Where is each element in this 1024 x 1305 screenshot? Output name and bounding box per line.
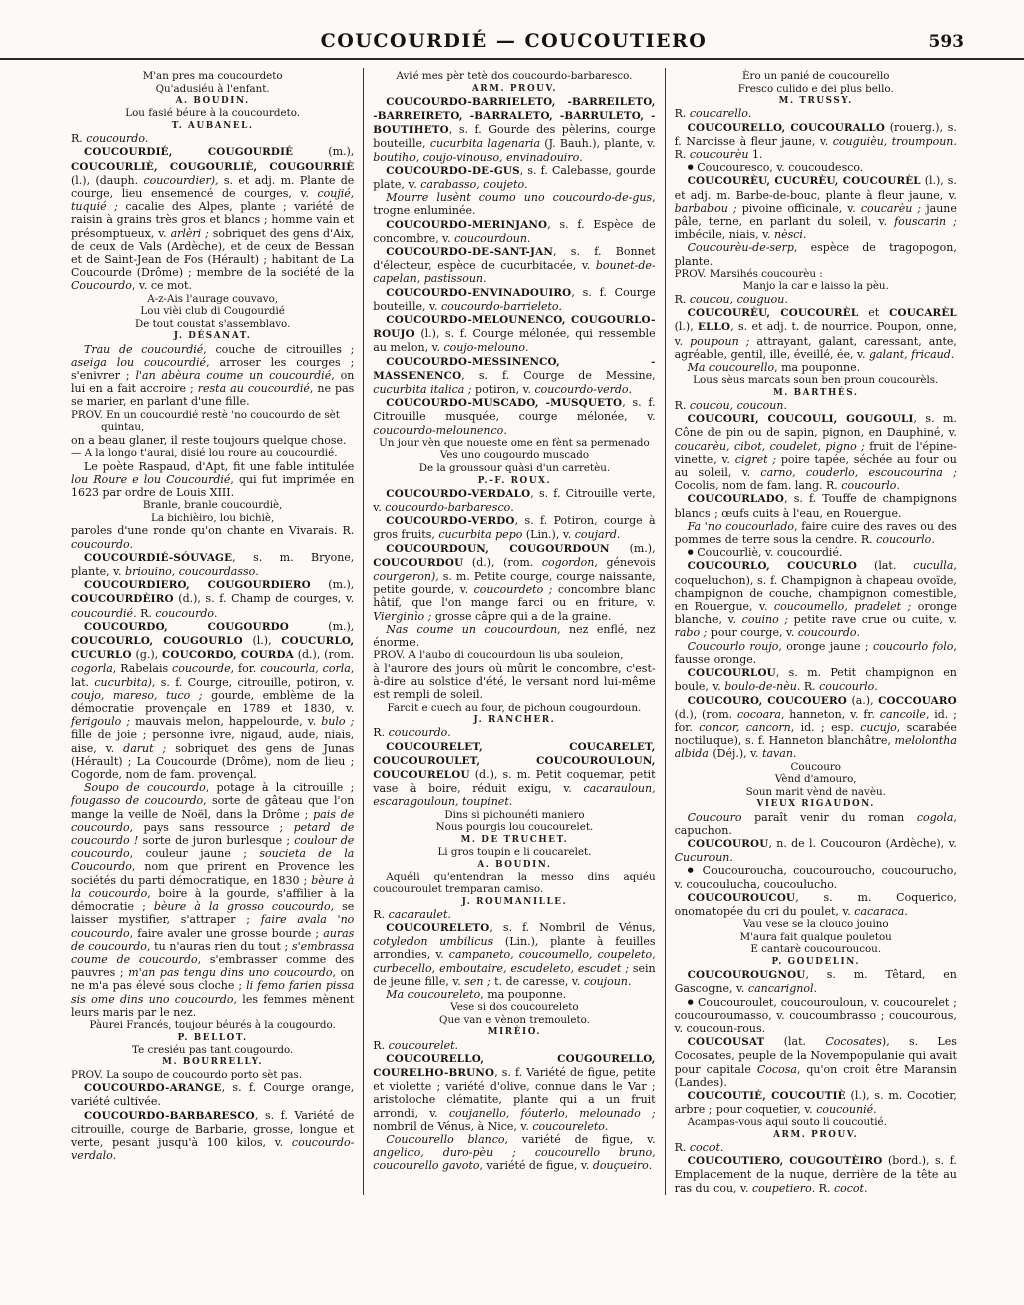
verse-block: Vese si dos coucoureletoQue van e vènon … xyxy=(373,1001,655,1026)
verse-block: Pàurei Francés, toujour béurés à la coug… xyxy=(71,1019,354,1032)
dictionary-page: COUCOURDIÉ — COUCOUTIERO 593 M'an pres m… xyxy=(0,0,1024,1305)
paragraph: Soupo de coucourdo, potage à la citrouil… xyxy=(71,781,354,1019)
dictionary-entry: COUCOURELLO, COUGOURELLO, COURELHO-BRUNO… xyxy=(373,1052,655,1133)
verse-block: A-z-Ais l'aurage couvavo,Lou vièi club d… xyxy=(71,293,354,331)
dictionary-entry: COUCOURDO-BARBARESCO, s. f. Variété de c… xyxy=(71,1109,354,1163)
dictionary-entry: COUCOURDO-BARRIELETO, -BARREILETO, -BARR… xyxy=(373,95,655,164)
paragraph-continuation: à l'aurore des jours où mûrit le concomb… xyxy=(373,662,655,702)
dictionary-entry: COUCOUTIÉ, COUCOUTIÈ (l.), s. m. Cocotie… xyxy=(675,1089,957,1116)
paragraph: Nas coume un coucourdoun, nez enflé, nez… xyxy=(373,623,655,649)
attribution: A. BOUDIN. xyxy=(71,95,354,107)
dictionary-entry: COUCOURLO, COUCURLO (lat. cuculla, coque… xyxy=(675,559,957,639)
dictionary-entry: COUCOURDO-VERDALO, s. f. Citrouille vert… xyxy=(373,487,655,514)
page-title: COUCOURDIÉ — COUCOUTIERO xyxy=(154,30,874,52)
paragraph-continuation: R. coucourelet. xyxy=(373,1039,655,1052)
dictionary-entry: COUCOURDO-MERINJANO, s. f. Espèce de con… xyxy=(373,218,655,245)
attribution: ARM. PROUV. xyxy=(373,83,655,95)
attribution: J. DÉSANAT. xyxy=(71,330,354,342)
dictionary-entry: COUCOURDO-DE-SANT-JAN, s. f. Bonnet d'él… xyxy=(373,245,655,286)
verse-block: Èro un panié de coucourelloFresco culido… xyxy=(675,70,957,95)
verse-block: CoucouroVènd d'amouro,Soun marit vènd de… xyxy=(675,761,957,799)
paragraph: Le poète Raspaud, d'Apt, fit une fable i… xyxy=(71,460,354,500)
bullet-icon: ● xyxy=(688,998,694,1006)
bullet-icon: ● xyxy=(688,163,694,171)
paragraph-continuation: R. coucou, couguou. xyxy=(675,293,957,306)
paragraph-continuation: R. coucourdo. xyxy=(373,726,655,739)
verse-block: Vau vese se la clouco jouinoM'aura fait … xyxy=(675,918,957,956)
attribution: VIEUX RIGAUDON. xyxy=(675,798,957,810)
dictionary-entry: COUCOURDO-MESSINENCO, -MASSENENCO, s. f.… xyxy=(373,355,655,397)
attribution: P.-F. ROUX. xyxy=(373,475,655,487)
dictionary-entry: COUCOURELLO, COUCOURALLO (rouerg.), s. f… xyxy=(675,121,957,162)
paragraph: Coucourello blanco, variété de figue, v.… xyxy=(373,1133,655,1173)
page-number: 593 xyxy=(874,32,964,52)
column-3: Èro un panié de coucourelloFresco culido… xyxy=(665,68,966,1195)
paragraph: Coucourlo roujo, oronge jaune ; coucourl… xyxy=(675,640,957,666)
attribution: P. BELLOT. xyxy=(71,1032,354,1044)
dictionary-entry: COUCOUROUCOU, s. m. Coquerico, onomatopé… xyxy=(675,891,957,918)
attribution: M. TRUSSY. xyxy=(675,95,957,107)
verse-block: Dins si pichounéti manieroNous pourgis l… xyxy=(373,809,655,834)
dictionary-entry: COUCOURDO-DE-GUS, s. f. Calebasse, gourd… xyxy=(373,164,655,191)
column-1: M'an pres ma coucourdetoQu'adusiéu à l'e… xyxy=(62,68,363,1195)
paragraph-continuation: R. coucou, coucoun. xyxy=(675,399,957,412)
verse-block: Lou fasié béure à la coucourdeto. xyxy=(71,107,354,120)
cross-reference: ● Coucouroulet, coucourouloun, v. coucou… xyxy=(675,996,957,1036)
attribution: A. BOUDIN. xyxy=(373,859,655,871)
dictionary-entry: COUCOURDO-MUSCADO, -MUSQUETO, s. f. Citr… xyxy=(373,396,655,437)
header-rule xyxy=(0,58,1024,60)
dictionary-entry: COUCOURDIÉ, COUGOURDIÉ (m.), COUCOURLIÈ,… xyxy=(71,145,354,292)
page-header: COUCOURDIÉ — COUCOUTIERO 593 xyxy=(0,0,1024,58)
paragraph-continuation: R. cocot. xyxy=(675,1141,957,1154)
dictionary-entry: COUCOURDO, COUGOURDO (m.), COUCOURLO, CO… xyxy=(71,620,354,781)
dictionary-entry: COUCOURDO-MELOUNENCO, COUGOURLO-ROUJO (l… xyxy=(373,313,655,355)
dictionary-entry: COUCOURDOUN, COUGOURDOUN (m.), COUCOURDO… xyxy=(373,542,655,623)
paragraph: Trau de coucourdié, couche de citrouille… xyxy=(71,343,354,409)
dictionary-entry: COUCOURDIÉ-SÓUVAGE, s. m. Bryone, plante… xyxy=(71,551,354,578)
attribution: M. DE TRUCHET. xyxy=(373,834,655,846)
paragraph-continuation: paroles d'une ronde qu'on chante en Viva… xyxy=(71,524,354,550)
paragraph: Mourre lusènt coumo uno coucourdo-de-gus… xyxy=(373,191,655,217)
paragraph: Ma coucoureleto, ma pouponne. xyxy=(373,988,655,1001)
citation: Acampas-vous aqui souto li coucoutié. xyxy=(675,1116,957,1128)
paragraph: Coucouro paraît venir du roman cogola, c… xyxy=(675,811,957,837)
attribution: ARM. PROUV. xyxy=(675,1129,957,1141)
paragraph-continuation: R. coucourdo. xyxy=(71,132,354,145)
dictionary-entry: COUCOUTIERO, COUGOUTÈIRO (bord.), s. f. … xyxy=(675,1154,957,1195)
verse-block: Manjo la car e laisso la pèu. xyxy=(675,280,957,293)
verse-block: M'an pres ma coucourdetoQu'adusiéu à l'e… xyxy=(71,70,354,95)
dictionary-entry: COUCOURÈU, COUCOURÈL et COUCARÈL (l.), E… xyxy=(675,306,957,361)
dictionary-entry: COUCOURLOU, s. m. Petit champignon en bo… xyxy=(675,666,957,693)
attribution: M. BOURRELLY. xyxy=(71,1056,354,1068)
dictionary-entry: COUCOURDIERO, COUGOURDIERO (m.), COUCOUR… xyxy=(71,578,354,620)
attribution: M. BARTHÉS. xyxy=(675,387,957,399)
paragraph: Coucourèu-de-serp, espèce de tragopogon,… xyxy=(675,241,957,267)
dictionary-entry: COUCOUROU, n. de l. Coucouron (Ardèche),… xyxy=(675,837,957,864)
cross-reference: ● Coucouresco, v. coucoudesco. xyxy=(675,161,957,174)
dictionary-entry: COUCOURDO-ENVINADOUIRO, s. f. Courge bou… xyxy=(373,286,655,313)
dictionary-entry: COUCOUROUGNOU, s. m. Têtard, en Gascogne… xyxy=(675,968,957,995)
cross-reference: ● Coucouroucha, coucouroucho, coucouruch… xyxy=(675,864,957,890)
paragraph: Ma coucourello, ma pouponne. xyxy=(675,361,957,374)
attribution: J. RANCHER. xyxy=(373,714,655,726)
paragraph-continuation: R. coucarello. xyxy=(675,107,957,120)
attribution: J. ROUMANILLE. xyxy=(373,896,655,908)
attribution: P. GOUDELIN. xyxy=(675,956,957,968)
proverb: — A la longo t'aurai, disié lou roure au… xyxy=(71,447,354,460)
bullet-icon: ● xyxy=(688,866,697,874)
dictionary-entry: COUCOUSAT (lat. Cocosates), s. Les Cocos… xyxy=(675,1035,957,1089)
citation: Aquéli qu'entendran la messo dins aquéu … xyxy=(373,871,655,896)
proverb: PROV. A l'aubo di coucourdoun lis uba so… xyxy=(373,649,655,662)
verse-block: Farcit e cuech au four, de pichoun cougo… xyxy=(373,702,655,715)
verse-block: Lous sèus marcats soun ben proun coucour… xyxy=(675,374,957,387)
proverb: PROV. Marsihés coucourèu : xyxy=(675,268,957,281)
cross-reference: ● Coucourliè, v. coucourdié. xyxy=(675,546,957,559)
verse-block: Avié mes pèr tetè dos coucourdo-barbares… xyxy=(373,70,655,83)
verse-block: Te cresiéu pas tant cougourdo. xyxy=(71,1044,354,1057)
paragraph-continuation: on a beau glaner, il reste toujours quel… xyxy=(71,434,354,447)
paragraph-continuation: R. cacaraulet. xyxy=(373,908,655,921)
column-2: Avié mes pèr tetè dos coucourdo-barbares… xyxy=(363,68,664,1195)
dictionary-entry: COUCOURLADO, s. f. Touffe de champignons… xyxy=(675,492,957,519)
dictionary-entry: COUCOURÈU, CUCURÈU, COUCOURÈL (l.), s. e… xyxy=(675,174,957,241)
attribution: T. AUBANEL. xyxy=(71,120,354,132)
proverb: PROV. La soupo de coucourdo porto sèt pa… xyxy=(71,1069,354,1082)
paragraph: Fa 'no coucourlado, faire cuire des rave… xyxy=(675,520,957,546)
columns-container: M'an pres ma coucourdetoQu'adusiéu à l'e… xyxy=(0,64,1024,1195)
proverb: PROV. En un coucourdié restè 'no coucour… xyxy=(71,409,354,434)
bullet-icon: ● xyxy=(688,548,694,556)
dictionary-entry: COUCOURI, COUCOULI, GOUGOULI, s. m. Cône… xyxy=(675,412,957,492)
dictionary-entry: COUCOURELETO, s. f. Nombril de Vénus, co… xyxy=(373,921,655,988)
dictionary-entry: COUCOURDO-VERDO, s. f. Potiron, courge à… xyxy=(373,514,655,541)
verse-block: Un jour vèn que noueste ome en fènt sa p… xyxy=(373,437,655,475)
dictionary-entry: COUCOURDO-ARANGE, s. f. Courge orange, v… xyxy=(71,1081,354,1108)
attribution: MIRÈIO. xyxy=(373,1026,655,1038)
verse-block: Li gros toupin e li coucarelet. xyxy=(373,846,655,859)
verse-block: Branle, branle coucourdiè,La bichièiro, … xyxy=(71,499,354,524)
dictionary-entry: COUCOURO, COUCOUERO (a.), COCCOUARO (d.)… xyxy=(675,694,957,761)
dictionary-entry: COUCOURELET, COUCARELET, COUCOUROULET, C… xyxy=(373,740,655,809)
